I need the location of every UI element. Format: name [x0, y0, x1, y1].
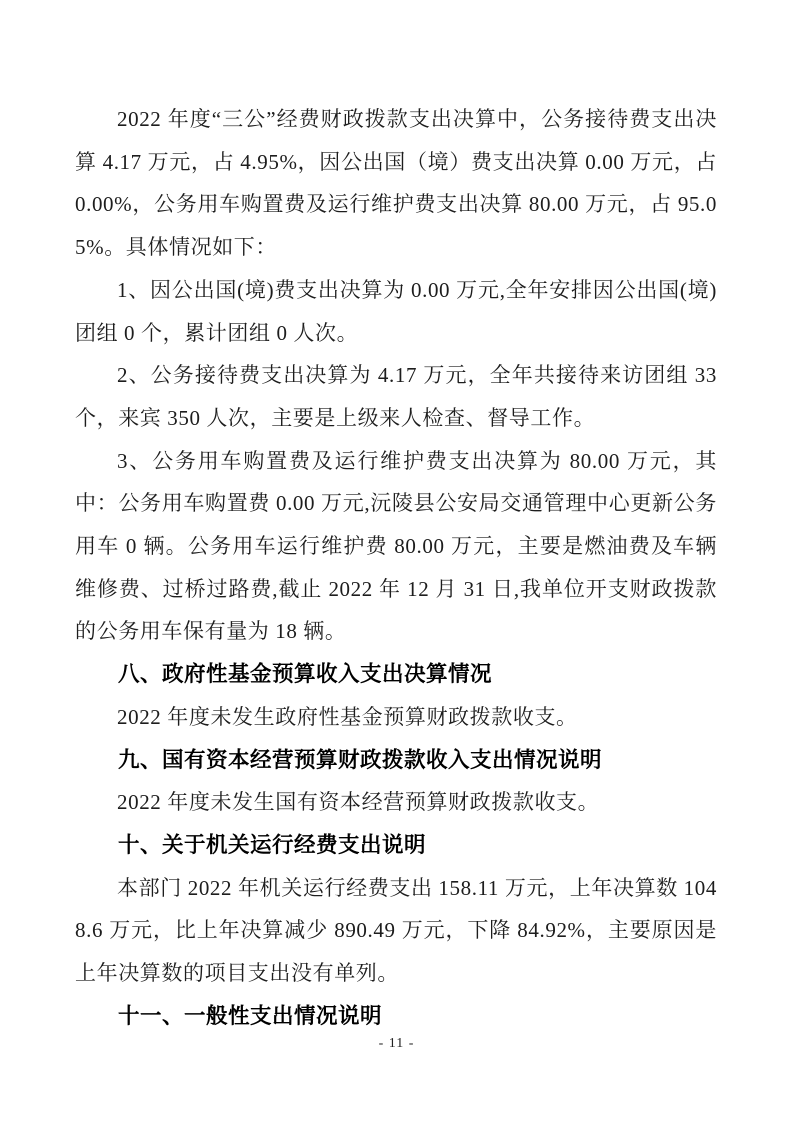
paragraph-section-8: 2022 年度未发生政府性基金预算财政拨款收支。	[75, 696, 717, 739]
document-page: 2022 年度“三公”经费财政拨款支出决算中，公务接待费支出决算 4.17 万元…	[0, 0, 793, 1122]
paragraph-item-3-vehicle: 3、公务用车购置费及运行维护费支出决算为 80.00 万元，其中：公务用车购置费…	[75, 440, 717, 654]
heading-section-10-operating-expenses: 十、关于机关运行经费支出说明	[75, 824, 717, 867]
document-body: 2022 年度“三公”经费财政拨款支出决算中，公务接待费支出决算 4.17 万元…	[75, 98, 717, 1037]
heading-section-8-government-funds: 八、政府性基金预算收入支出决算情况	[75, 653, 717, 696]
paragraph-item-1-abroad: 1、因公出国(境)费支出决算为 0.00 万元,全年安排因公出国(境)团组 0 …	[75, 269, 717, 354]
paragraph-section-10: 本部门 2022 年机关运行经费支出 158.11 万元，上年决算数 1048.…	[75, 867, 717, 995]
paragraph-section-9: 2022 年度未发生国有资本经营预算财政拨款收支。	[75, 781, 717, 824]
paragraph-sangong-summary: 2022 年度“三公”经费财政拨款支出决算中，公务接待费支出决算 4.17 万元…	[75, 98, 717, 269]
paragraph-item-2-reception: 2、公务接待费支出决算为 4.17 万元，全年共接待来访团组 33 个，来宾 3…	[75, 354, 717, 439]
page-number: - 11 -	[0, 1036, 793, 1052]
heading-section-9-state-capital: 九、国有资本经营预算财政拨款收入支出情况说明	[75, 739, 717, 782]
heading-section-11-general-expenditure: 十一、一般性支出情况说明	[75, 995, 717, 1038]
